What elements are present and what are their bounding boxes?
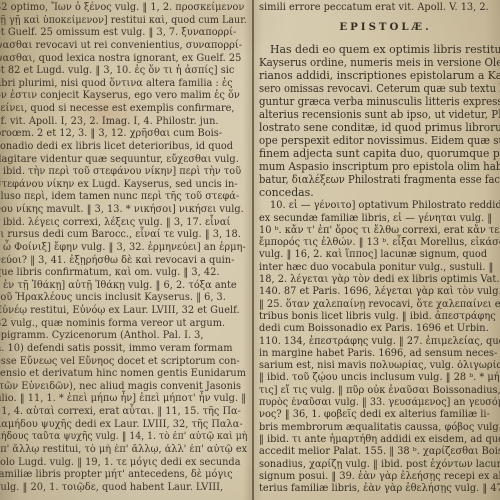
preface-text-line: Kayserus ordine, numeris meis in version…	[259, 56, 498, 69]
section-heading: EPISTOLÆ.	[259, 21, 500, 34]
apparatus-text-line: πυρὸς ἐναῦσαι vulg. ‖ 33. γευσάμενος] an…	[259, 397, 500, 409]
apparatus-text-line: signum posui. ‖ 39. ἐὰν γὰρ ἐλεήσῃς rece…	[259, 471, 500, 483]
apparatus-text-line: 32 optimo, Ἴων ὁ ξένος vulg. ‖ 1, 2. προ…	[0, 2, 247, 15]
apparatus-text-line: τοῦ Ἡρακλέους uncis inclusit Kayserus. ‖…	[0, 292, 247, 305]
apparatus-text-line: 82 vulg., quæ nominis forma vereor ut ar…	[0, 318, 247, 331]
apparatus-text-line: νεύοι? ‖ 3, 41. ἐξῃρήσθω δὲ καὶ revocavi…	[0, 255, 247, 268]
apparatus-text-line: ἔμπορός τις ἐλθών. ‖ 13 ᵇ. εἶξαι Morellu…	[259, 237, 500, 249]
apparatus-text-line: τι rursus dedi cum Barocc., εἶναί τε vul…	[0, 229, 247, 242]
apparatus-text-line: νου νίκης mavult. ‖ 3, 13. * νικήσοι] νι…	[0, 204, 247, 217]
apparatus-text-line: vulg. ‖ 16, 2. καὶ ἵππος] lacunæ signum,…	[259, 249, 500, 261]
apparatus-text-line: proœm. 2 et 12, 3. ‖ 3, 12. χρῆσθαι cum …	[0, 128, 247, 141]
book-page-scan: 32 optimo, Ἴων ὁ ξένος vulg. ‖ 1, 2. προ…	[0, 0, 500, 500]
apparatus-text-line: terius familiæ libris, ἐὰν γὰρ ἐθελήσῃς …	[259, 483, 500, 495]
apparatus-text-line: 10. εἰ — γένοιτο] optativum Philostrato …	[259, 200, 500, 212]
apparatus-text-line: tribus bonis licet libris vulg. ‖ ibid. …	[259, 311, 500, 323]
apparatus-text-line: familiæ libris propter μήτ' antecedens, …	[0, 469, 247, 482]
apparatus-text-line: νος? ‖ 36, 1. φοβεῖς dedi ex alterius fa…	[259, 409, 500, 421]
apparatus-text-line: flagitare videntur quæ sequuntur, εὔχεσθ…	[0, 154, 247, 167]
apparatus-paragraph: 10. εἰ — γένοιτο] optativum Philostrato …	[259, 200, 500, 495]
apparatus-text-line: Εὐνέῳ restitui, Εὐνόῳ ex Laur. LVIII, 32…	[0, 305, 247, 318]
preface-text-line: guntur græca verba minusculis litteris e…	[259, 95, 497, 108]
apparatus-text-line: ‖ ibid. τι ante ἡμαρτήθη addidi ex eisde…	[259, 434, 500, 446]
apparatus-text-line: filio. ‖ 11, 1. * ἐπεὶ μήπω ἦν] ἐπεὶ μήπ…	[0, 393, 247, 406]
apparatus-text-line: inter hæc duo vocabula ponitur vulg., su…	[259, 262, 500, 274]
preface-text-line: ope perspexit editor novissimus. Eidem q…	[259, 134, 497, 147]
preface-text-line: rianos addidi, inscriptiones epistolarum…	[259, 69, 500, 82]
right-page-column: simili errore peccatum erat vit. Apoll. …	[259, 2, 500, 495]
apparatus-text-line: solo Lugd. vulg. ‖ 19, 1. τε μόγις dedi …	[0, 457, 247, 470]
apparatus-text-line: ψασθαι, quod lexica nostra ignorant, ex …	[0, 53, 247, 66]
apparatus-text-line: 140. 87 et Paris. 1696, λέγεται γὰρ καὶ …	[259, 286, 500, 298]
preface-text-line: mum Aspasio inscriptum pro epistola olim…	[259, 160, 499, 173]
preface-paragraph: Has dedi eo quem ex optimis libris resti…	[259, 43, 500, 199]
preface-text-line: concedas.	[259, 186, 500, 199]
apparatus-text-line: que libris confirmatum, καὶ om. vulg. ‖ …	[0, 267, 247, 280]
apparatus-text-line: 18, 2. λέγεται γὰρ τὸν dedi ex libris op…	[259, 274, 500, 286]
apparatus-text-line: * ὦ Φοίνιξ] ἔφην vulg. ‖ 3, 32. ἑρμηνεύε…	[0, 242, 247, 255]
apparatus-text-line: esse Εὔνεως vel Εὔνηος docet et scriptor…	[0, 356, 247, 369]
apparatus-text-line: et Guelf. 25 omissum est vulg. ‖ 3, 7. ξ…	[0, 27, 247, 40]
apparatus-text-line: epigramm. Cyzicenorum (Anthol. Pal. I. 3…	[0, 330, 247, 343]
preface-text-line: sero omissas revocavi. Ceterum quæ sub t…	[259, 82, 491, 95]
preface-text-line: alterius recensionis sunt ab ipso, ut vi…	[259, 108, 498, 121]
apparatus-text-line: μήδους ταῦτα ψυχῆς vulg. ‖ 14, 1. τὸ ἐπ'…	[0, 431, 235, 444]
preface-text-line: Has dedi eo quem ex optimis libris resti…	[259, 43, 500, 56]
apparatus-text-line: 110. 134, ἐπεστράφης vulg. ‖ 27. ἐπιμελε…	[259, 336, 500, 348]
apparatus-text-line: ‖ 25. ὅταν χαλεπαίνῃ revocavi, ὅτε χαλεπ…	[259, 299, 500, 311]
preface-text-line: lostrato sene conditæ, id quod primus li…	[259, 121, 500, 134]
apparatus-text-line: ‖ ibid. λέγεις correxi, λέξεις vulg. ‖ 3…	[0, 217, 247, 230]
apparatus-text-line: bris membrorum æqualitatis caussa, φόβος…	[259, 422, 500, 434]
apparatus-text-line: λαμήδου ψυχῆς dedi ex Laur. LVIII, 32, τ…	[0, 419, 247, 432]
apparatus-text-line: τῇ γῇ καὶ ὑποκείμενον] restitui καὶ, quo…	[0, 15, 241, 28]
carryover-text-line: simili errore peccatum erat vit. Apoll. …	[259, 2, 500, 14]
apparatus-text-line: sensio et derivatum hinc nomen gentis Eu…	[0, 368, 247, 381]
apparatus-text-line: ex secundæ familiæ libris, εἰ — γένηται …	[259, 213, 500, 225]
left-page-column: 32 optimo, Ἴων ὁ ξένος vulg. ‖ 1, 2. προ…	[0, 2, 247, 494]
apparatus-text-line: * ἐν τῇ Ἰθάκῃ] αὐτῇ Ἰθάκῃ vulg. ‖ 6, 2. …	[0, 280, 247, 293]
apparatus-text-line: sonadius, χαρίζῃ vulg. ‖ ibid. post ἐχόν…	[259, 459, 500, 471]
apparatus-text-line: ‖ ibid. τοῦ ζῴου uncis inclusum vulg. ‖ …	[259, 372, 500, 384]
apparatus-text-line: ‖ ibid. τὴν περὶ τοῦ στεφάνου νίκην] περ…	[0, 166, 247, 179]
apparatus-text-line: vulg. ‖ 20, 1. τοιῷδε, quod habent Laur.…	[0, 482, 247, 495]
preface-text-line: finem adjecta sunt capita duo, quorumque…	[259, 147, 500, 160]
apparatus-text-line: n. 10) defendi satis possit, immo veram …	[0, 343, 247, 356]
apparatus-text-line: ὅν ἐστιν conjecit Kayserus, ego vero mal…	[0, 90, 247, 103]
apparatus-text-line: cf. vit. Apoll. I, 23, 2. Imag. I, 4. Ph…	[0, 116, 247, 129]
apparatus-text-line: τις] εἴ τις vulg. ‖ πῦρ οὐκ ἐναῦσαι Bois…	[259, 385, 500, 397]
apparatus-text-line: (τῶν Εὐνειδῶν), nec aliud magis convenit…	[0, 381, 247, 394]
apparatus-text-line: libri plurimi, nisi quod ὅντινα altera f…	[0, 78, 247, 91]
apparatus-text-line: et 82 et Lugd. vulg. ‖ 3, 10. ἐς ὅν τι ἡ…	[0, 65, 247, 78]
apparatus-text-line: ἐπ' ἄλλῳ restitui, τὸ μὴ ἐπ' ἄλλῳ, ἀλλ' …	[0, 444, 246, 457]
apparatus-text-line: στεφάνου νίκην ex Lugd. Kayserus, sed un…	[0, 179, 247, 192]
apparatus-text-line: accedit melior Palat. 155. ‖ 38 ᵇ. χαρίζ…	[259, 446, 500, 458]
apparatus-text-line: τείνει, quod si necesse est exemplis con…	[0, 103, 247, 116]
apparatus-text-line: sarium est, nisi mavis πολυωρίας, vulg. …	[259, 360, 500, 372]
apparatus-text-line: in margine habet Paris. 1696, ad sensum …	[259, 348, 500, 360]
apparatus-text-line: ψασθαι revocavi ut rei convenientius, συ…	[0, 40, 247, 53]
apparatus-text-line: sonadio dedi ex libris licet deterioribu…	[0, 141, 247, 154]
preface-text-line: batur, διαλέξεων Philostrati fragmenta e…	[259, 173, 491, 186]
gutter-line	[252, 0, 254, 500]
apparatus-text-line: 11, 4. αὑταὶ correxi, erat αὗται. ‖ 11, …	[0, 406, 247, 419]
apparatus-text-line: dedi cum Boissonadio ex Paris. 1696 et U…	[259, 323, 500, 335]
apparatus-text-line: cluso περὶ, idem tamen nunc περὶ τῆς τοῦ…	[0, 191, 247, 204]
apparatus-text-line: 10 ᵇ. κἄν τ' ἐπ' ὄρος τι ἔλθω correxi, e…	[259, 225, 500, 237]
